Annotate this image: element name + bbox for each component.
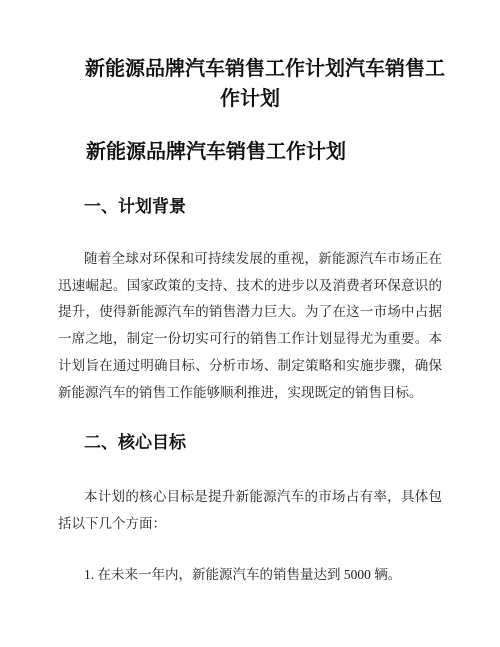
section-paragraph-plan-background: 随着全球对环保和可持续发展的重视，新能源汽车市场正在迅速崛起。国家政策的支持、技… (58, 246, 442, 406)
document-subtitle: 新能源品牌汽车销售工作计划 (58, 138, 442, 166)
section-heading-plan-background: 一、计划背景 (58, 194, 442, 220)
section-heading-core-goals: 二、核心目标 (58, 430, 442, 456)
section-paragraph-core-goals: 本计划的核心目标是提升新能源汽车的市场占有率，具体包括以下几个方面： (58, 484, 442, 537)
document-title: 新能源品牌汽车销售工作计划汽车销售工作计划 (50, 54, 450, 114)
document-page: 新能源品牌汽车销售工作计划汽车销售工作计划 新能源品牌汽车销售工作计划 一、计划… (0, 0, 500, 647)
list-item-sales-target: 1. 在未来一年内，新能源汽车的销售量达到 5000 辆。 (58, 562, 442, 589)
